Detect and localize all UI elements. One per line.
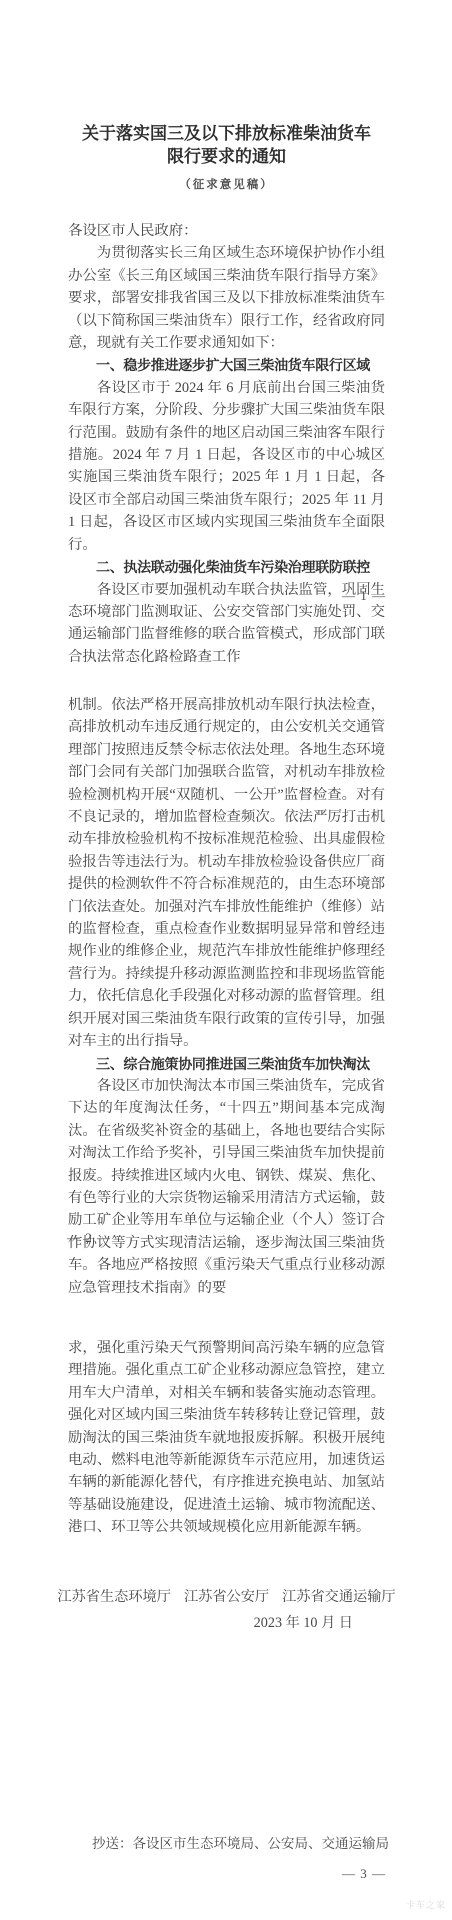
site-watermark: 卡车之家 bbox=[406, 1898, 446, 1911]
section-3-paragraph-part2: 求，强化重污染天气预警期间高污染车辆的应急管理措施。强化重点工矿企业移动源应急管… bbox=[68, 1337, 385, 1539]
section-2-paragraph-part1: 各设区市要加强机动车联合执法监管，巩固生态环境部门监测取证、公安交管部门实施处罚… bbox=[68, 579, 385, 669]
signing-agencies: 江苏省生态环境厅 江苏省公安厅 江苏省交通运输厅 bbox=[68, 1586, 385, 1606]
document-title-line1: 关于落实国三及以下排放标准柴油货车 bbox=[68, 122, 385, 145]
section-2-heading: 二、执法联动强化柴油货车污染治理联防联控 bbox=[68, 556, 385, 578]
section-1-paragraph: 各设区市于 2024 年 6 月底前出台国三柴油货车限行方案，分阶段、分步骤扩大… bbox=[68, 377, 385, 556]
document-title: 关于落实国三及以下排放标准柴油货车 限行要求的通知 bbox=[68, 122, 385, 168]
section-3-heading: 三、综合施策协同推进国三柴油货车加快淘汰 bbox=[68, 1053, 385, 1075]
signer-transport-department: 江苏省交通运输厅 bbox=[282, 1586, 396, 1606]
page-2-content: 机制。依法严格开展高排放机动车限行执法检查，高排放机动车违反通行规定的，由公安机… bbox=[68, 694, 385, 1299]
cc-line: 抄送：各设区市生态环境局、公安局、交通运输局 bbox=[92, 1832, 389, 1852]
page-number-2: — 2 — bbox=[67, 1230, 111, 1246]
section-1-heading: 一、稳步推进逐步扩大国三柴油货车限行区域 bbox=[68, 354, 385, 376]
draft-subtitle: （征求意见稿） bbox=[68, 176, 385, 192]
page-3-content: 求，强化重污染天气预警期间高污染车辆的应急管理措施。强化重点工矿企业移动源应急管… bbox=[68, 1337, 385, 1539]
salutation: 各设区市人民政府： bbox=[68, 220, 385, 242]
signer-ecology-department: 江苏省生态环境厅 bbox=[57, 1586, 171, 1606]
page-number-1: — 1 — bbox=[342, 588, 386, 604]
section-3-paragraph-part1: 各设区市加快淘汰本市国三柴油货车，完成省下达的年度淘汰任务，“十四五”期间基本完… bbox=[68, 1075, 385, 1299]
page-1-content: 关于落实国三及以下排放标准柴油货车 限行要求的通知 （征求意见稿） 各设区市人民… bbox=[68, 122, 385, 668]
section-2-paragraph-part2: 机制。依法严格开展高排放机动车限行执法检查，高排放机动车违反通行规定的，由公安机… bbox=[68, 694, 385, 1053]
document-date: 2023 年 10 月 日 bbox=[254, 1612, 353, 1632]
scanned-notice-document: 关于落实国三及以下排放标准柴油货车 限行要求的通知 （征求意见稿） 各设区市人民… bbox=[0, 0, 452, 1920]
signer-public-security-department: 江苏省公安厅 bbox=[184, 1586, 269, 1606]
page-number-3: — 3 — bbox=[342, 1866, 386, 1882]
document-title-line2: 限行要求的通知 bbox=[68, 145, 385, 168]
intro-paragraph: 为贯彻落实长三角区域生态环境保护协作小组办公室《长三角区域国三柴油货车限行指导方… bbox=[68, 242, 385, 354]
